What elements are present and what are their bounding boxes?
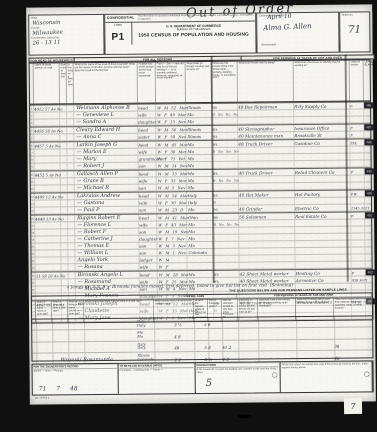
sample-grade: 3 ½ (174, 323, 182, 328)
cell-industry: Retail Cleaners Co (295, 169, 351, 176)
cell-industry: Heating Co (296, 270, 352, 277)
ed-value: 26 - 13 11 (32, 38, 103, 47)
cell-relation: grandmother (139, 155, 157, 161)
cell-occupation (239, 176, 295, 183)
cell-description: W M 1 Nev (157, 249, 187, 255)
enumerator-label: (Enumerator) (261, 43, 276, 46)
cell-address (35, 185, 61, 191)
cell-description: W M 52 Mar (156, 104, 186, 110)
sample-parents: Italy Italy (137, 343, 145, 351)
cell-name: Bironski Angelo L (76, 272, 140, 279)
cell-address: 4448 13 Av No (35, 215, 61, 221)
cell-description: W F (158, 263, 188, 269)
page-tally-note: 5 (206, 378, 212, 389)
cell-serial (61, 178, 68, 184)
cell-industry (295, 241, 351, 248)
date-value: April 10 (267, 12, 292, 20)
cell-description: W M 33 Mar (157, 170, 187, 176)
cell-description: W F 33 Mar (157, 177, 187, 183)
cell-occupation (239, 161, 295, 168)
cell-birthplace: Mo (186, 111, 212, 117)
cell-occupation: 40 Hat Maker (239, 191, 295, 198)
cell-birthplace: Mo (187, 221, 213, 227)
cell-activity (213, 242, 239, 248)
cell-activity: H (213, 199, 239, 205)
cell-description: W M 14 Nev (157, 162, 187, 168)
cell-address (35, 250, 61, 256)
cell-farm (68, 178, 75, 184)
cell-occupation: 40 Truck Driver (239, 169, 295, 176)
cell-farm (67, 119, 74, 125)
cell-description: W M 56 Mar (156, 126, 186, 132)
cell-office-code (365, 204, 375, 210)
column-header: What kind of business or industry was he… (294, 61, 350, 102)
enumerator-signature: Alma G. Allen (263, 22, 312, 32)
cell-address (35, 207, 61, 213)
cell-industry (295, 154, 351, 161)
cell-activity: Wk (212, 104, 238, 110)
cell-birthplace (188, 263, 214, 269)
cell-class-of-worker (351, 219, 365, 225)
cell-office-code (364, 131, 374, 137)
cell-farm (68, 185, 75, 191)
cell-serial (61, 156, 68, 162)
cell-relation: head (138, 141, 156, 147)
cell-activity: H No No No (213, 221, 239, 227)
stamp-circle-icon: ◯ (364, 371, 370, 377)
cell-address (34, 119, 60, 125)
cell-activity: Wk (212, 126, 238, 132)
cell-occupation: 40 Grinder (239, 205, 295, 212)
cell-industry (295, 227, 351, 234)
form-number: 16—26503-2 (35, 396, 49, 399)
cell-industry: Brookville St (294, 132, 350, 139)
cell-industry (295, 220, 351, 227)
cell-farm (67, 142, 74, 148)
cell-occupation (239, 198, 295, 205)
sample-rule (154, 330, 155, 340)
cell-relation: wife (139, 177, 157, 183)
cell-address (35, 243, 61, 249)
sample-rule (36, 342, 37, 352)
cell-birthplace: Mo (186, 148, 212, 154)
stamp-circle-icon: ◯ (272, 372, 278, 378)
cell-name: — Paul P (75, 207, 139, 214)
cell-activity (214, 263, 240, 269)
cell-industry: Hat Factory (295, 191, 351, 198)
cell-office-code (366, 261, 376, 267)
sample-rule (52, 342, 53, 352)
cell-class-of-worker: 1345 3121 (351, 204, 365, 210)
cell-office-code (365, 175, 375, 181)
sample-num: $1.2 (222, 345, 231, 350)
cell-class-of-worker (351, 197, 365, 203)
cell-office-code: 491 (365, 212, 375, 218)
cell-class-of-worker (351, 233, 365, 239)
column-header: Name of street, avenue, or road (34, 63, 60, 103)
cell-name: — Genevieve L (74, 112, 138, 119)
cell-occupation (239, 227, 295, 234)
cell-class-of-worker (351, 160, 365, 166)
confidential-note: This information is accorded confidentia… (136, 13, 255, 21)
cell-industry (295, 176, 351, 183)
cell-industry (294, 147, 350, 154)
sample-rule (222, 329, 223, 339)
cell-office-code (365, 233, 375, 239)
cell-activity: Wk (212, 141, 238, 147)
cell-relation: lodger (139, 256, 157, 262)
cell-class-of-worker (351, 175, 365, 181)
cell-class-of-worker (351, 247, 365, 253)
cell-activity (213, 155, 239, 161)
cell-occupation (239, 220, 295, 227)
cell-name: — Robert J (75, 163, 139, 170)
cell-birthplace: Mo (187, 177, 213, 183)
sheet-number: 71 (340, 24, 370, 35)
cell-birthplace: Italy (187, 192, 213, 198)
cell-office-code (365, 247, 375, 253)
sample-rule (194, 329, 195, 339)
cell-occupation: 40 Maintenance man (238, 132, 294, 139)
sample-rule (258, 317, 259, 327)
cell-relation: head (139, 170, 157, 176)
cell-farm (68, 207, 75, 213)
cell-activity: Wk (212, 133, 238, 139)
cell-relation: head (140, 271, 158, 277)
cell-activity (213, 249, 239, 255)
cell-occupation (239, 183, 295, 190)
sample-rule (334, 328, 335, 338)
cell-activity: H No No No (213, 177, 239, 183)
cell-industry (295, 198, 351, 205)
cell-class-of-worker (350, 116, 364, 122)
cell-industry: Real Estate Co (295, 213, 351, 220)
footer-instruction-line: If this household occupies the dwelling … (197, 367, 279, 374)
cell-class-of-worker: P (350, 124, 364, 130)
cell-birthplace: Ohio (187, 214, 213, 220)
cell-name: — Michael R (75, 185, 139, 192)
cell-birthplace: Mo (187, 206, 213, 212)
footer-office-box: TO BE FILLED IN CENSUS OFFICEPopulation … (119, 363, 196, 394)
sample-rule (36, 320, 37, 330)
cell-occupation: 48 Bus Repairman (238, 103, 294, 110)
cell-address (35, 163, 61, 169)
cell-occupation: 40 Stenographer (238, 125, 294, 132)
cell-farm (69, 257, 76, 263)
cell-office-code: 486 (364, 102, 374, 108)
sample-rule (208, 318, 209, 328)
corner-page-number: 7 (344, 398, 362, 414)
cell-relation: wife (140, 263, 158, 269)
sample-rule (222, 318, 223, 328)
cell-occupation (240, 262, 296, 269)
sample-rule (238, 329, 239, 339)
cell-relation: wife (138, 148, 156, 154)
cell-relation: wife (139, 199, 157, 205)
cell-occupation (238, 117, 294, 124)
sample-rule (154, 318, 155, 328)
column-header: LEAVE BLANK (364, 60, 374, 100)
cell-activity: Wk (213, 170, 239, 176)
cell-office-code (364, 109, 374, 115)
sample-rule (238, 340, 239, 350)
cell-farm (68, 229, 75, 235)
cell-birthplace (187, 256, 213, 262)
cell-farm (68, 250, 75, 256)
cell-serial (60, 127, 67, 133)
cell-relation: daughter (138, 118, 156, 124)
cell-class-of-worker: P.W. (351, 190, 365, 196)
cell-relation: sister (138, 133, 156, 139)
cell-farm (68, 193, 75, 199)
sample-rule (52, 319, 53, 329)
cell-relation: wife (138, 111, 156, 117)
cell-serial (61, 250, 68, 256)
sample-rule (258, 340, 259, 350)
cell-class-of-worker (351, 153, 365, 159)
cell-serial (61, 215, 68, 221)
sheet-number-box: Sheet No. 71 (339, 11, 371, 52)
cell-name: — Sandra A (74, 119, 138, 126)
cell-relation: son (139, 162, 157, 168)
cell-description: W F 43 Mar (157, 221, 187, 227)
cell-farm (67, 112, 74, 118)
sample-rule (36, 331, 37, 341)
cell-occupation (239, 241, 295, 248)
cell-farm (67, 149, 74, 155)
sample-rule (194, 318, 195, 328)
cell-description: W F 75 Wd (157, 155, 187, 161)
sample-rule (334, 339, 335, 349)
cell-industry (294, 117, 350, 124)
cell-class-of-worker: P (350, 102, 364, 108)
cell-birthplace: Mo (187, 170, 213, 176)
table-column-headers: Name of street, avenue, or roadSerial nu… (29, 59, 371, 104)
cell-class-of-worker (351, 240, 365, 246)
column-header: What State (or foreign country) was he b… (186, 62, 212, 102)
cell-address (35, 229, 61, 235)
cell-industry (295, 248, 351, 255)
cell-address: 31-58 18 Av No (36, 272, 62, 278)
cell-serial (61, 200, 68, 206)
cell-relation: wife (139, 221, 157, 227)
cell-class-of-worker (352, 261, 366, 267)
cell-office-code: 489 (365, 168, 375, 174)
sample-rule (222, 341, 223, 351)
cell-office-code (365, 254, 375, 260)
cell-serial (62, 264, 69, 270)
cell-industry: Insurance Office (294, 125, 350, 132)
cell-occupation (239, 234, 295, 241)
column-header: Race — Sex — How old was he on his last … (156, 62, 186, 102)
sample-rule (258, 329, 259, 339)
cell-name: Weimann Alphonse B (74, 105, 138, 112)
cell-industry (296, 262, 352, 269)
cell-relation: son (139, 206, 157, 212)
sample-rule (194, 341, 195, 351)
cell-relation: son (139, 228, 157, 234)
column-header: What is the name of the head of this hou… (74, 63, 138, 104)
cell-address (35, 222, 61, 228)
cell-farm (67, 134, 74, 140)
cell-name: — Marion E (74, 149, 138, 156)
cell-address (36, 264, 62, 270)
footer-instruction-line: Fill the last column on sample lines onl… (282, 362, 371, 369)
cell-description: W M 5 Nev (157, 242, 187, 248)
confidential-stamp: CONFIDENTIAL (105, 15, 137, 23)
cell-industry (295, 161, 351, 168)
cell-occupation (239, 154, 295, 161)
sample-rule (68, 331, 69, 341)
sample-column-headers: FOR ALL AGESFOR PERSONS 14 YEARS OF AGE … (31, 292, 373, 319)
cell-name: — Anna C (74, 134, 138, 141)
cell-serial (62, 272, 69, 278)
cell-description: W M 54 Mar (157, 192, 187, 198)
footer-record-box: FOR THE ENUMERATOR'S RECORDSheets — Line… (33, 364, 119, 395)
sample-rule (208, 341, 209, 351)
cell-industry (294, 110, 350, 117)
cell-class-of-worker (351, 254, 365, 260)
sample-rule (84, 342, 85, 352)
footer-boxes: FOR THE ENUMERATOR'S RECORDSheets — Line… (32, 360, 374, 395)
cell-farm (67, 127, 74, 133)
cell-class-of-worker: P (351, 168, 365, 174)
cell-office-code (365, 240, 375, 246)
cell-birthplace: Italy (187, 199, 213, 205)
cell-description: W F 7 Nev (157, 235, 187, 241)
sample-rows: Italy Italy3 ½5 8Mo Mo4 8Italy Italy485 … (31, 316, 373, 361)
form-code-box: FORM P1 (105, 23, 132, 45)
cell-occupation: 50 Salesman (239, 213, 295, 220)
cell-birthplace: Mo (187, 228, 213, 234)
sample-rule (238, 318, 239, 328)
cell-class-of-worker (350, 109, 364, 115)
cell-serial (61, 185, 68, 191)
cell-relation: head (139, 214, 157, 220)
cell-name: Gallasch Allen P (75, 171, 139, 178)
cell-class-of-worker: P (351, 212, 365, 218)
column-header: Class of worker (350, 60, 364, 100)
cell-serial (60, 105, 67, 111)
cell-address: 4452 5 Av No (35, 171, 61, 177)
cell-description: W M 19 Nev (157, 228, 187, 234)
cell-name: Biggins Robert E (75, 215, 139, 222)
cell-name: — Grace B (75, 178, 139, 185)
cell-farm (68, 156, 75, 162)
cell-serial (60, 134, 67, 140)
cell-name: — Florence L (75, 222, 139, 229)
footer-record-values: 71 7 48 (39, 385, 78, 392)
cell-birthplace: Mo (187, 184, 213, 190)
cell-class-of-worker: P (352, 269, 366, 275)
cell-office-code: 490 (365, 190, 375, 196)
cell-address (35, 178, 61, 184)
cell-birthplace: Mo (187, 242, 213, 248)
cell-activity (213, 235, 239, 241)
cell-activity: Wk (213, 214, 239, 220)
cell-description: W F 50 Nev (156, 133, 186, 139)
cell-serial (60, 119, 67, 125)
cell-activity (213, 162, 239, 168)
cell-name: — Gastona (75, 200, 139, 207)
district-box: State Wisconsin County Milwaukee Enumera… (28, 14, 104, 56)
cell-activity: Wk (214, 271, 240, 277)
sample-rule (154, 341, 155, 351)
cell-activity (213, 184, 239, 190)
sample-grade: 48 (174, 345, 179, 350)
cell-office-code (365, 160, 375, 166)
cell-industry: Electric Co (295, 205, 351, 212)
cell-class-of-worker (351, 226, 365, 232)
cell-birthplace: Mo (187, 235, 213, 241)
cell-name: Larkin Joseph G (74, 142, 138, 149)
cell-occupation (238, 147, 294, 154)
cell-description: W F 49 Mar (156, 111, 186, 117)
cell-serial (61, 171, 68, 177)
cell-occupation (239, 248, 295, 255)
sample-grade: 2 2 (174, 357, 180, 362)
cell-farm (68, 200, 75, 206)
cell-address: 4409 13 Av No (35, 193, 61, 199)
cell-industry (295, 255, 351, 262)
cell-office-code (364, 116, 374, 122)
cell-name: Angelo York (76, 257, 140, 264)
cell-relation: son (139, 249, 157, 255)
cell-birthplace: Mo (187, 162, 213, 168)
cell-address (34, 149, 60, 155)
cell-serial (60, 149, 67, 155)
cell-description: W F 50 Mar (157, 199, 187, 205)
cell-address (35, 156, 61, 162)
cell-industry: R'dy Supply Co (294, 103, 350, 110)
sample-rule (84, 319, 85, 329)
cell-farm (68, 163, 75, 169)
cell-description: W M 45 Mar (156, 141, 186, 147)
sample-rule (334, 317, 335, 327)
cell-farm (68, 222, 75, 228)
cell-description: W M (157, 256, 187, 262)
cell-class-of-worker: P (350, 131, 364, 137)
cell-activity: H No No No (212, 148, 238, 154)
sample-rule (296, 317, 297, 327)
cell-industry: Gasoline Co (294, 140, 350, 147)
cell-office-code: 492 (366, 269, 376, 275)
cell-serial (61, 222, 68, 228)
cell-serial (61, 193, 68, 199)
cell-serial (62, 257, 69, 263)
cell-class-of-worker: P.W. (350, 139, 364, 145)
cell-address: 4456 56 Av No (34, 127, 60, 133)
cell-description: W M 28 Mar (158, 271, 188, 277)
sample-rule (68, 319, 69, 329)
cell-farm (69, 264, 76, 270)
cell-address: 4012 57 Av No (34, 105, 60, 111)
cell-activity (212, 118, 238, 124)
cell-office-code (365, 226, 375, 232)
cell-office-code (365, 197, 375, 203)
form-label: FORM (105, 24, 131, 27)
cell-relation: head (138, 104, 156, 110)
cell-occupation (238, 110, 294, 117)
cell-address (34, 112, 60, 118)
cell-farm (69, 272, 76, 278)
cell-activity: Wk (213, 192, 239, 198)
cell-name: — Robert F (75, 229, 139, 236)
cell-farm (68, 236, 75, 242)
cell-occupation: 42 Sheet Metal worker (240, 270, 296, 277)
cell-serial (61, 163, 68, 169)
cell-farm (67, 105, 74, 111)
